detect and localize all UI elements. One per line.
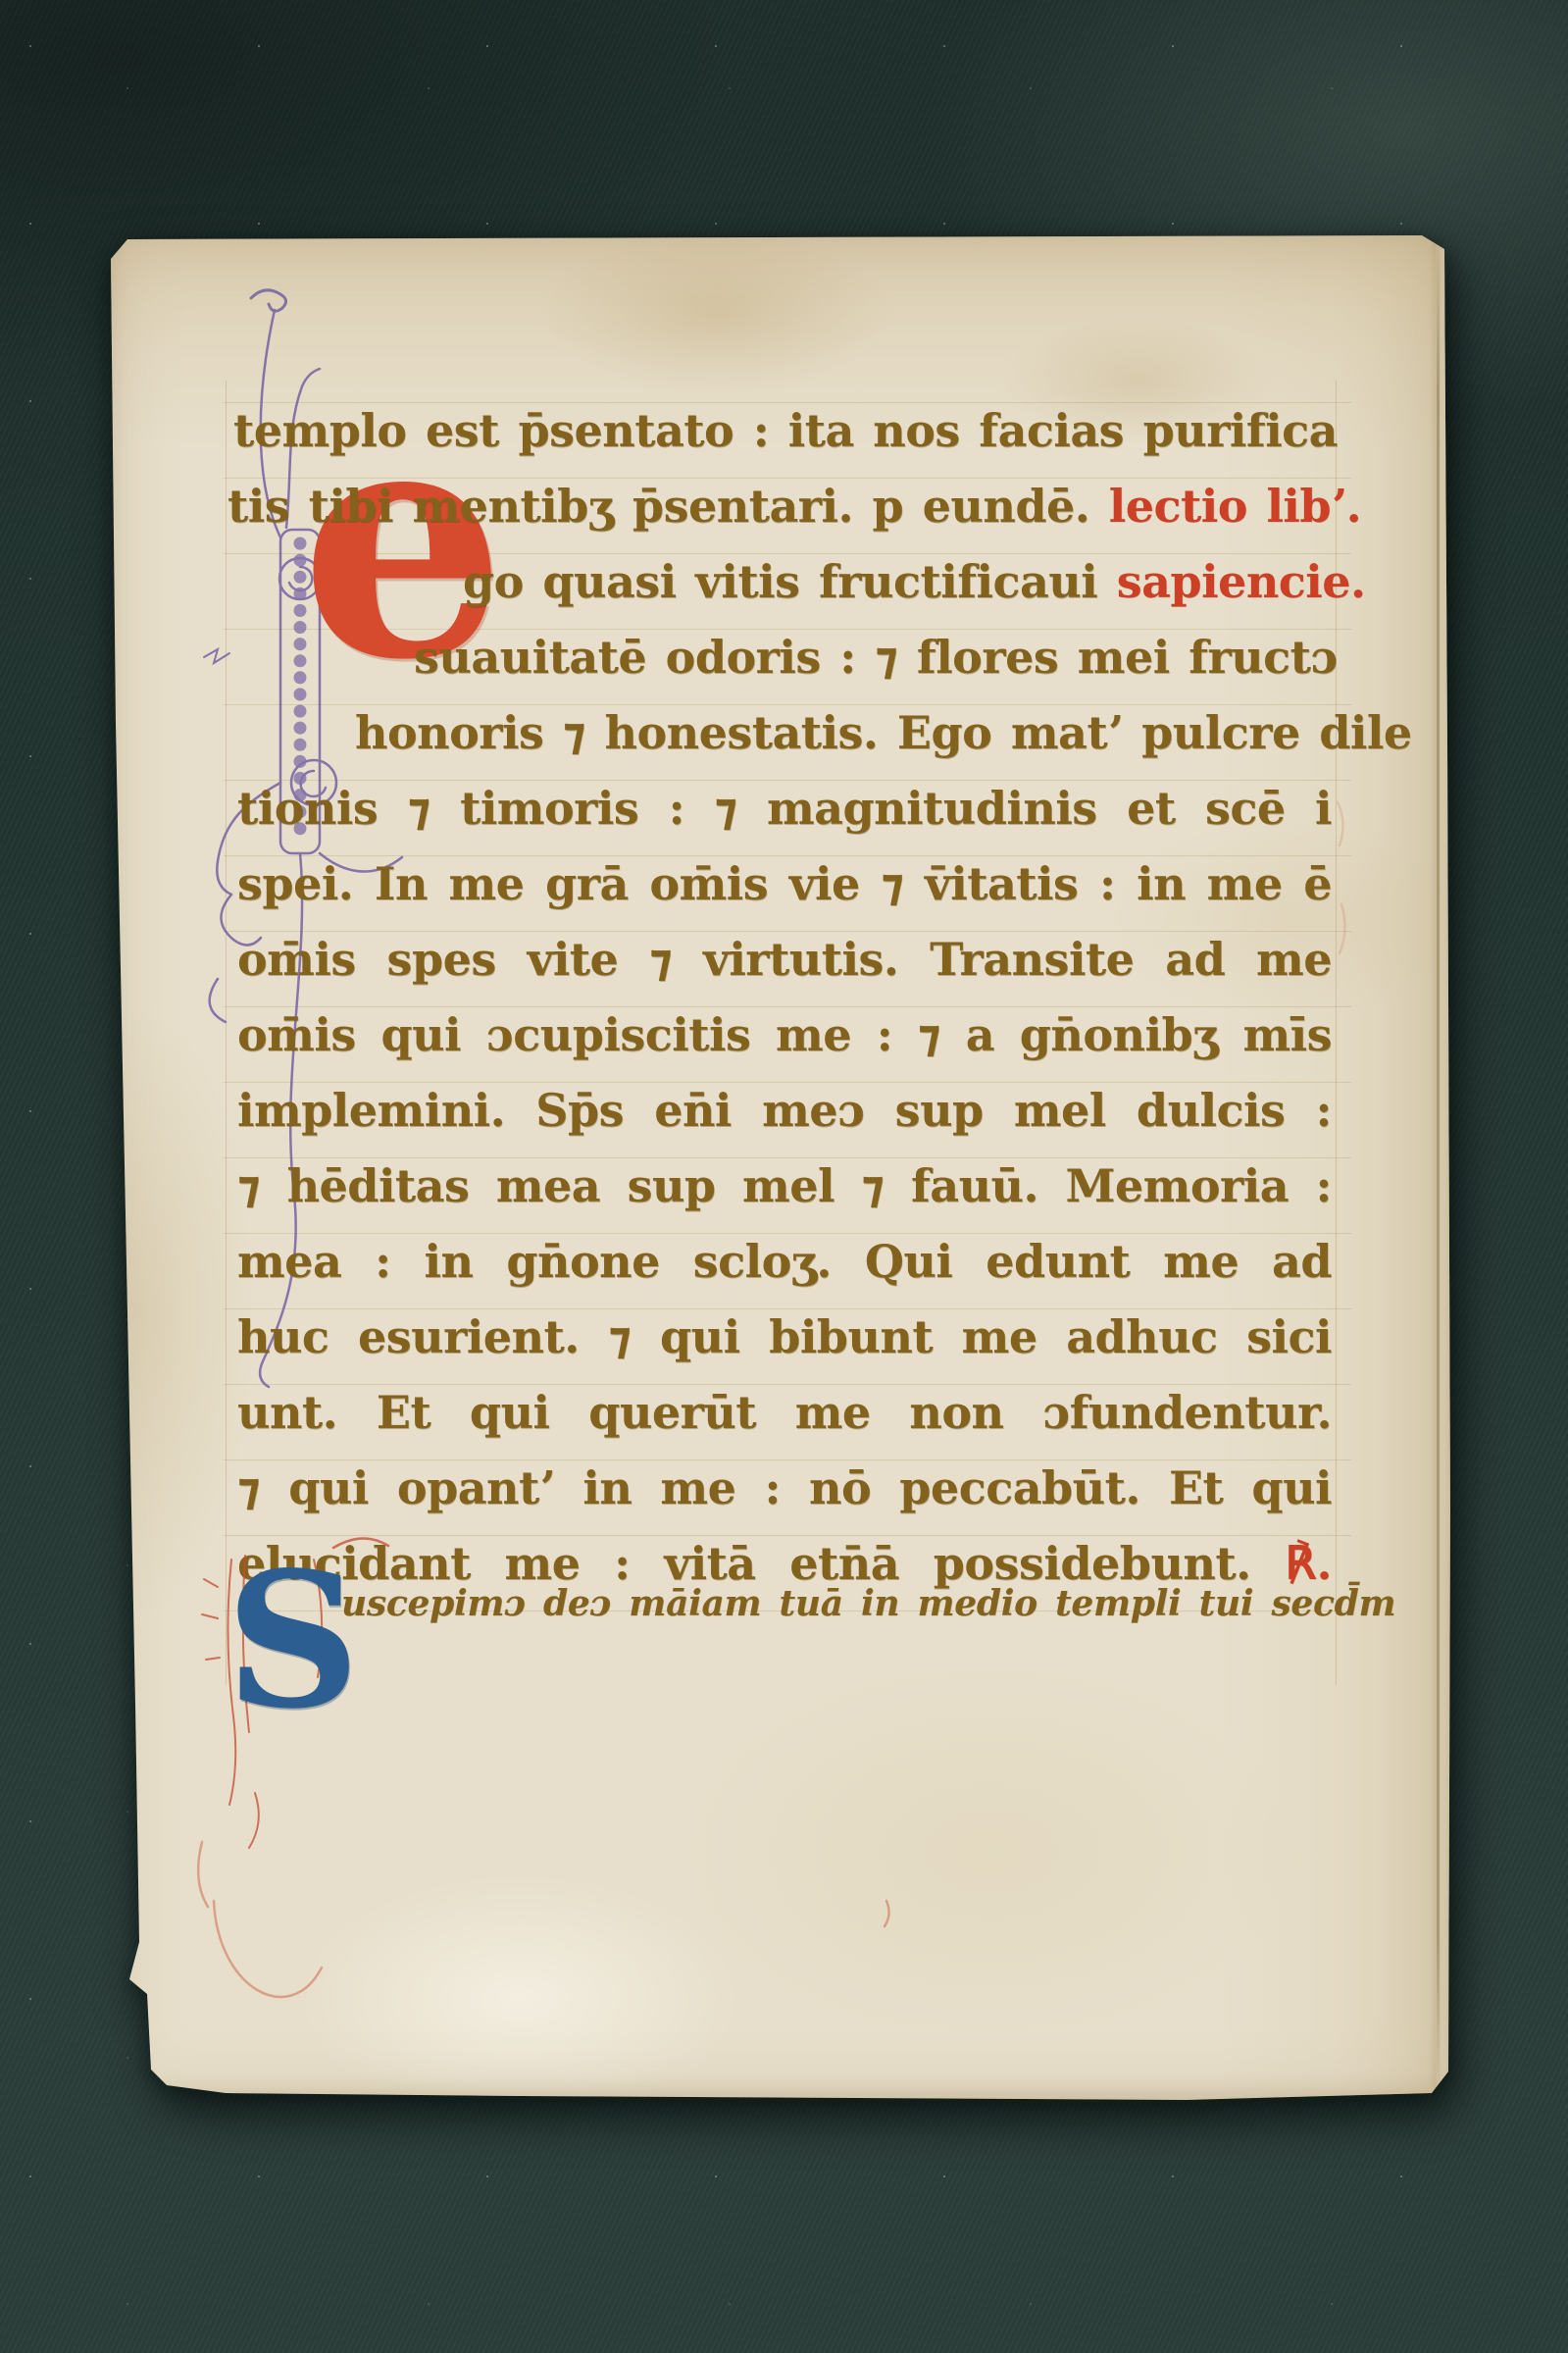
text-line-8: om̄is spes vite ⁊ virtutis. Transite ad … bbox=[237, 935, 1332, 1003]
line-ink-text: huc esurient. ⁊ qui bibunt me adhuc sici bbox=[237, 1310, 1332, 1363]
line-ink-text: honoris ⁊ honestatis. Ego matʼ pulcre di… bbox=[355, 706, 1412, 759]
text-line-11: ⁊ hēditas mea sup mel ⁊ fauū. Memoria … bbox=[237, 1161, 1332, 1230]
footer-script-line: uscepimɔ deɔ māiam tuā in medio templi… bbox=[341, 1585, 1353, 1624]
text-line-7: spei. In me grā om̄is vie ⁊ v̄itatis : … bbox=[237, 859, 1332, 928]
text-line-6: tionis ⁊ timoris : ⁊ magnitudinis et sce… bbox=[237, 784, 1332, 852]
initial-s-illuminated: S bbox=[226, 1548, 360, 1734]
line-ink-text: elucidant me : vitā etn̄ā possidebunt. bbox=[237, 1537, 1251, 1590]
text-line-13: huc esurient. ⁊ qui bibunt me adhuc sici bbox=[237, 1312, 1332, 1381]
line-rubric-text: lectio libʼ. bbox=[1089, 480, 1361, 533]
line-ink-text: tis tibi mentibʒ p̄sentari. p eundē. bbox=[228, 480, 1089, 533]
line-ink-text: spei. In me grā om̄is vie ⁊ v̄itatis : … bbox=[237, 857, 1332, 910]
line-ink-text: go quasi vitis fructificaui bbox=[463, 555, 1097, 608]
right-edge-crease bbox=[1437, 243, 1440, 2087]
line-rubric-text: sapiencie. bbox=[1097, 555, 1365, 608]
left-margin-rule bbox=[226, 381, 227, 1685]
text-line-12: mea : in gn̄one scloʒ. Qui edunt me ad bbox=[237, 1237, 1332, 1305]
text-line-9: om̄is qui ɔcupiscitis me : ⁊ a gn̄onibʒ … bbox=[237, 1010, 1332, 1079]
line-ink-text: templo est p̄sentato : ita nos facias pu… bbox=[233, 404, 1338, 457]
text-line-1: templo est p̄sentato : ita nos facias pu… bbox=[233, 406, 1332, 475]
text-line-14: unt. Et qui querūt me non ɔfundentur. bbox=[237, 1388, 1332, 1457]
line-ink-text: mea : in gn̄one scloʒ. Qui edunt me ad bbox=[237, 1235, 1332, 1288]
line-ink-text: ⁊ qui opantʼ in me : nō peccabūt. Et q… bbox=[237, 1461, 1332, 1514]
leaf-shadow: e templo est p̄sentato : ita nos facias … bbox=[108, 233, 1453, 2105]
text-line-3: go quasi vitis fructificaui sapiencie. bbox=[463, 557, 1330, 626]
text-line-10: implemini. Sp̄s en̄i meɔ sup mel dulcis … bbox=[237, 1086, 1332, 1154]
line-ink-text: om̄is qui ɔcupiscitis me : ⁊ a gn̄onibʒ … bbox=[237, 1008, 1332, 1061]
manuscript-leaf: e templo est p̄sentato : ita nos facias … bbox=[108, 233, 1453, 2105]
line-rubric-text: ℟. bbox=[1251, 1537, 1332, 1590]
line-ink-text: ⁊ hēditas mea sup mel ⁊ fauū. Memoria … bbox=[237, 1159, 1332, 1212]
line-ink-text: suauitatē odoris : ⁊ flores mei fructɔ bbox=[414, 631, 1338, 684]
text-line-5: honoris ⁊ honestatis. Ego matʼ pulcre di… bbox=[355, 708, 1330, 777]
text-line-2: tis tibi mentibʒ p̄sentari. p eundē. le… bbox=[228, 482, 1332, 550]
line-ink-text: unt. Et qui querūt me non ɔfundentur. bbox=[237, 1386, 1332, 1439]
text-line-4: suauitatē odoris : ⁊ flores mei fructɔ bbox=[414, 633, 1330, 701]
line-ink-text: implemini. Sp̄s en̄i meɔ sup mel dulcis … bbox=[237, 1084, 1332, 1137]
green-cloth-background: e templo est p̄sentato : ita nos facias … bbox=[0, 0, 1568, 2353]
line-ink-text: tionis ⁊ timoris : ⁊ magnitudinis et sce… bbox=[237, 782, 1332, 835]
text-line-15: ⁊ qui opantʼ in me : nō peccabūt. Et q… bbox=[237, 1463, 1332, 1532]
line-ink-text: om̄is spes vite ⁊ virtutis. Transite ad … bbox=[237, 933, 1332, 986]
